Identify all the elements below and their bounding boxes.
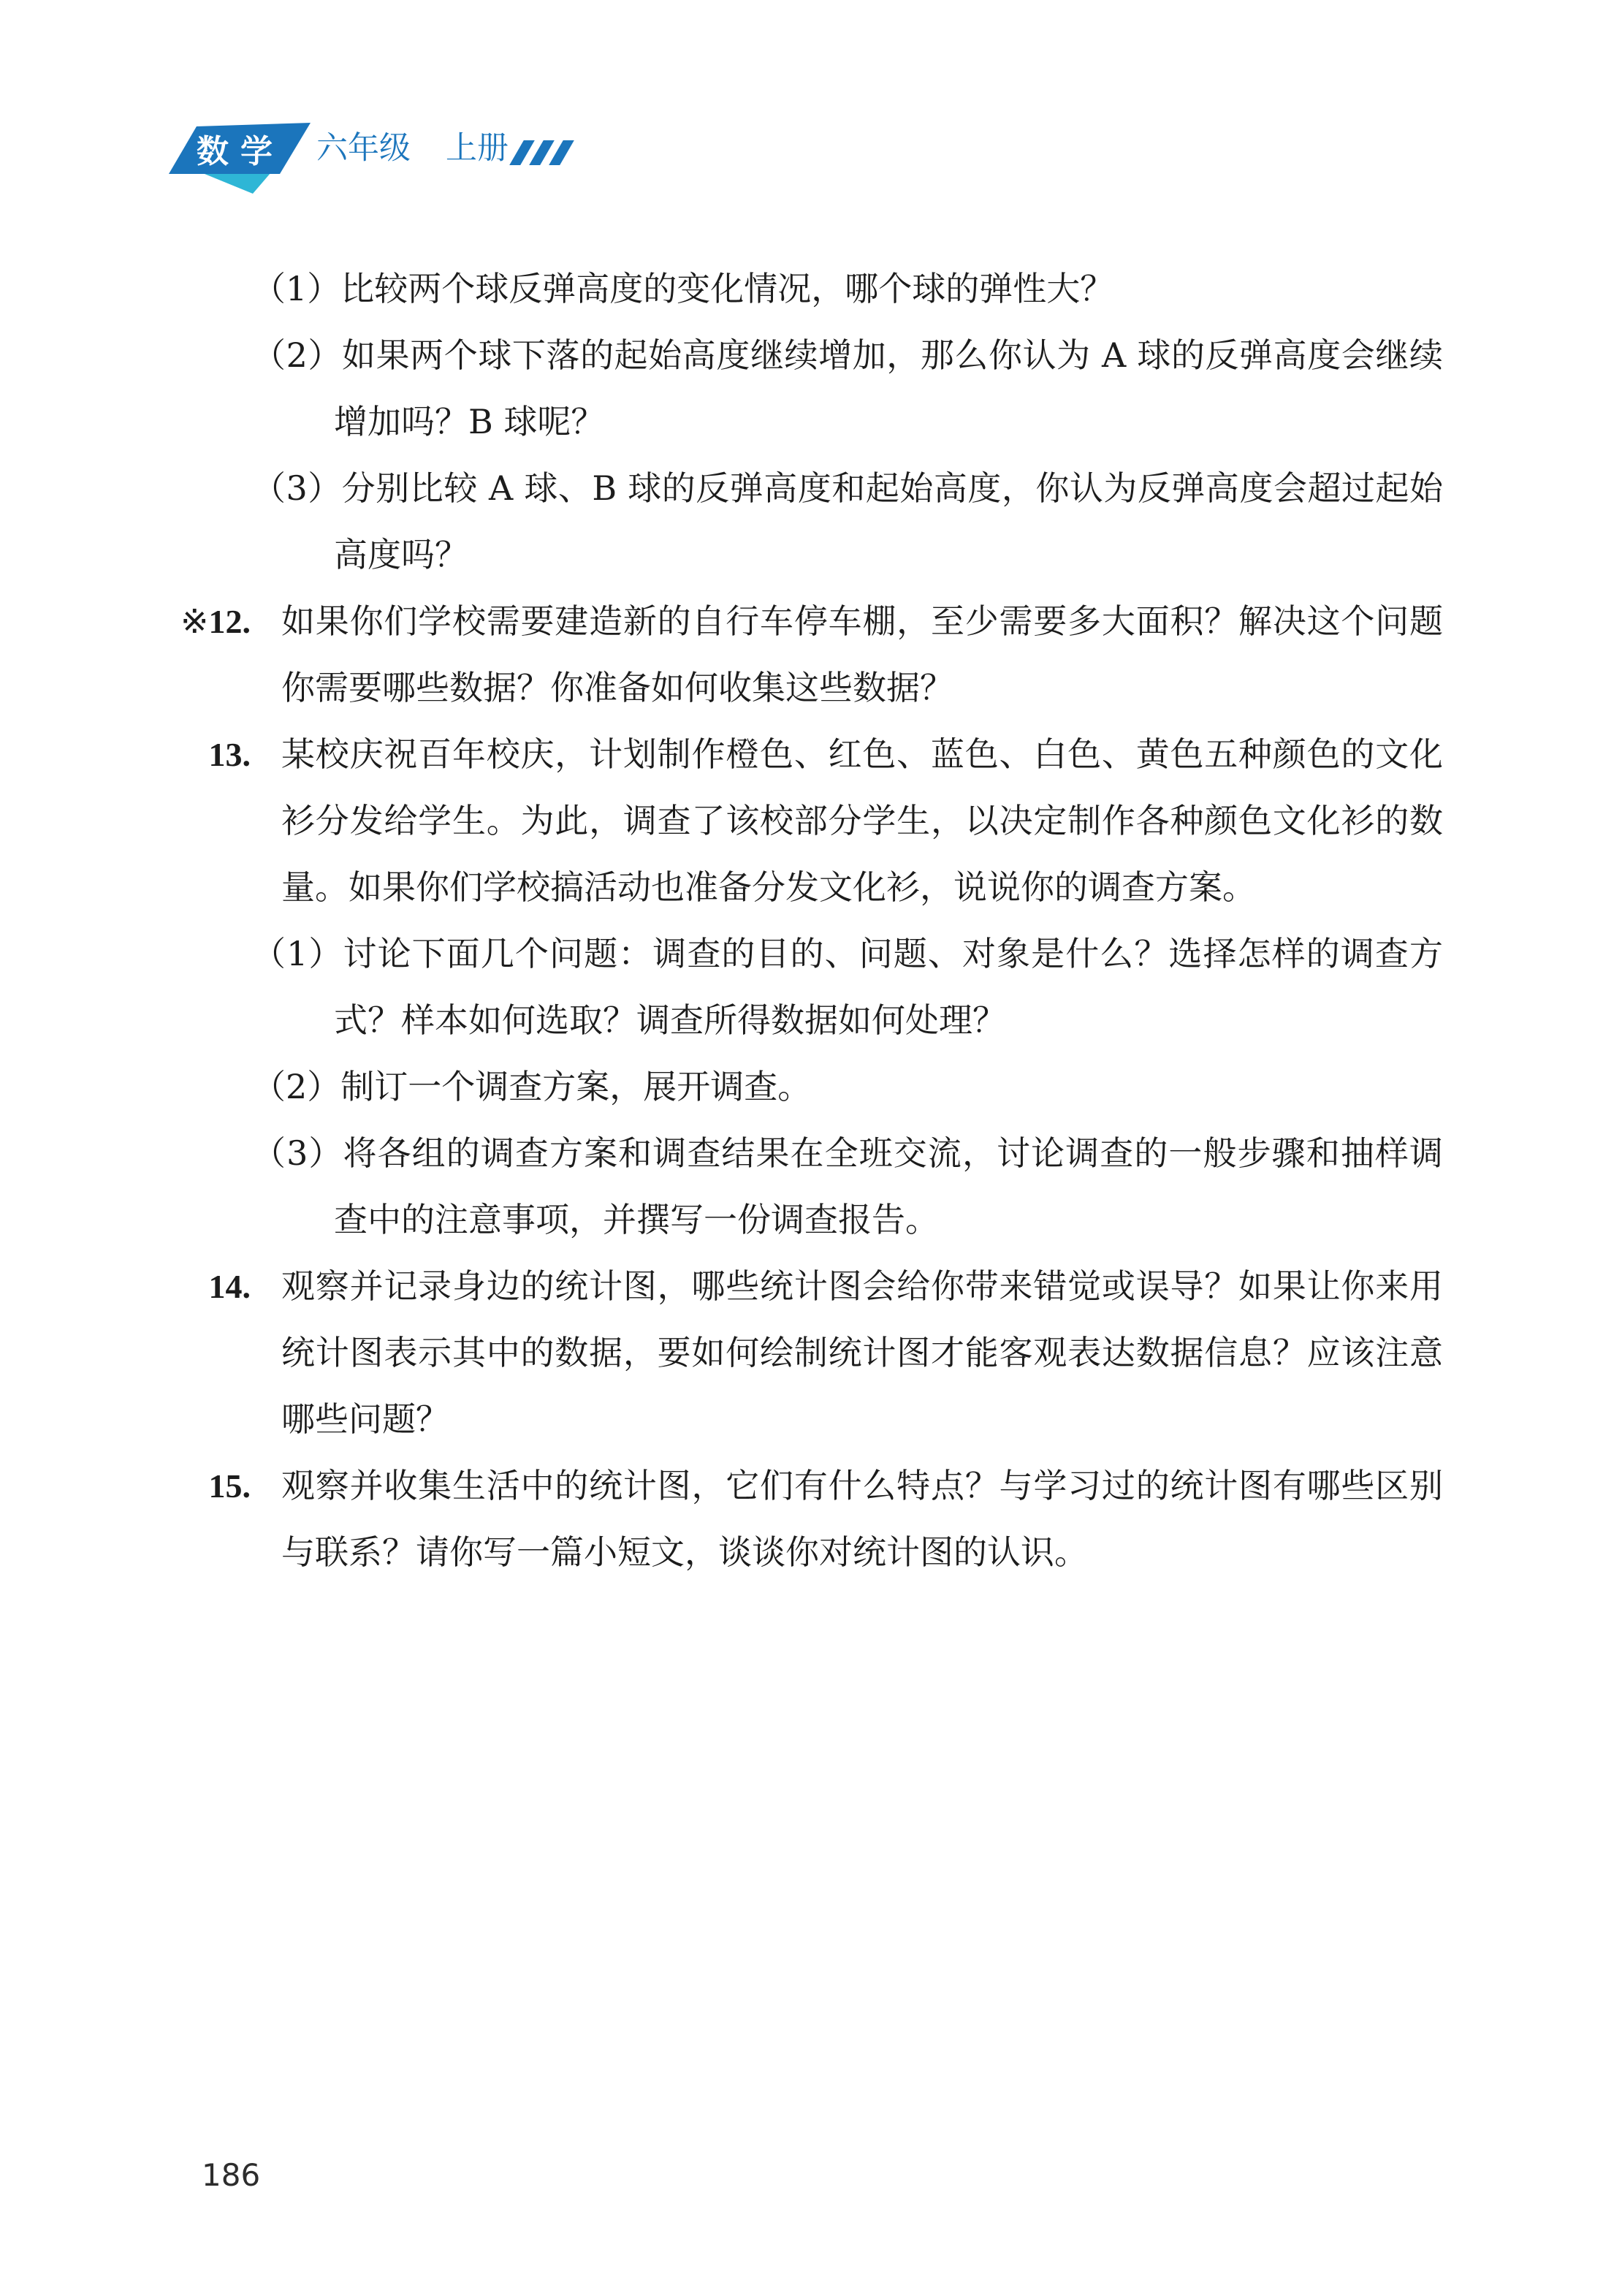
problems: （1）比较两个球反弹高度的变化情况，哪个球的弹性大？（2）如果两个球下落的起始高… [168,256,1443,1586]
problem-body: 观察并收集生活中的统计图，它们有什么特点？与学习过的统计图有哪些区别与联系？请你… [281,1453,1443,1586]
problem-subitem: （3）分别比较 A 球、B 球的反弹高度和起始高度，你认为反弹高度会超过起始高度… [252,455,1443,588]
problem-number-text: 12. [209,603,251,640]
subitem-marker: （1） [252,269,340,308]
problem-number: 15. [168,1453,281,1586]
grade-volume-line: 六年级上册 [316,131,509,166]
problem-item: 15.观察并收集生活中的统计图，它们有什么特点？与学习过的统计图有哪些区别与联系… [168,1453,1443,1586]
problem-text: 观察并收集生活中的统计图，它们有什么特点？与学习过的统计图有哪些区别与联系？请你… [281,1453,1443,1586]
problem-text: 观察并记录身边的统计图，哪些统计图会给你带来错觉或误导？如果让你来用统计图表示其… [281,1253,1443,1453]
problem-body: 观察并记录身边的统计图，哪些统计图会给你带来错觉或误导？如果让你来用统计图表示其… [281,1253,1443,1453]
problem-subitem: （3）将各组的调查方案和调查结果在全班交流，讨论调查的一般步骤和抽样调查中的注意… [252,1120,1443,1253]
textbook-page: 数学 六年级上册 （1）比较两个球反弹高度的变化情况，哪个球的弹性大？（2）如果… [0,0,1622,2296]
problem-number-text: 14. [209,1268,251,1305]
problem-item: ※12.如果你们学校需要建造新的自行车停车棚，至少需要多大面积？解决这个问题你需… [168,588,1443,721]
problem-body: 如果你们学校需要建造新的自行车停车棚，至少需要多大面积？解决这个问题你需要哪些数… [281,588,1443,721]
page-number: 186 [202,2157,260,2193]
problem-number: ※12. [168,588,281,721]
subitem-marker: （1） [252,934,343,973]
problem-text: 如果你们学校需要建造新的自行车停车棚，至少需要多大面积？解决这个问题你需要哪些数… [281,588,1443,721]
subitem-marker: （2） [252,1067,340,1106]
subitem-text: 讨论下面几个问题：调查的目的、问题、对象是什么？选择怎样的调查方式？样本如何选取… [334,934,1443,1040]
volume-label: 上册 [446,130,509,167]
page-header: 数学 六年级上册 [0,0,1622,219]
subitem-marker: （2） [252,335,342,375]
subitem-text: 分别比较 A 球、B 球的反弹高度和起始高度，你认为反弹高度会超过起始高度吗？ [334,468,1443,574]
problem-number: 14. [168,1253,281,1453]
reference-mark: ※ [180,601,209,641]
problem-text: 某校庆祝百年校庆，计划制作橙色、红色、蓝色、白色、黄色五种颜色的文化衫分发给学生… [281,721,1443,921]
problem-subitem: （2）制订一个调查方案，展开调查。 [252,1054,1443,1120]
subject-badge: 数学 [167,120,313,197]
problem-subitem: （1）讨论下面几个问题：调查的目的、问题、对象是什么？选择怎样的调查方式？样本如… [252,921,1443,1054]
problem-body: 某校庆祝百年校庆，计划制作橙色、红色、蓝色、白色、黄色五种颜色的文化衫分发给学生… [281,721,1443,1253]
problem-subitem: （1）比较两个球反弹高度的变化情况，哪个球的弹性大？ [252,256,1443,322]
subitem-marker: （3） [252,1133,343,1173]
problem-number-text: 15. [209,1467,251,1505]
subitem-text: 制订一个调查方案，展开调查。 [340,1067,811,1106]
grade-label: 六年级 [316,130,411,167]
subitem-text: 比较两个球反弹高度的变化情况，哪个球的弹性大？ [340,269,1113,308]
problem-item: 13.某校庆祝百年校庆，计划制作橙色、红色、蓝色、白色、黄色五种颜色的文化衫分发… [168,721,1443,1253]
subject-badge-label: 数学 [193,136,288,168]
subitem-text: 如果两个球下落的起始高度继续增加，那么你认为 A 球的反弹高度会继续增加吗？B … [334,335,1443,441]
problem-item: （1）比较两个球反弹高度的变化情况，哪个球的弹性大？（2）如果两个球下落的起始高… [168,256,1443,588]
triple-slash-icon [509,140,575,167]
problem-number-text: 13. [209,736,251,773]
subitem-marker: （3） [252,468,342,508]
problem-subitem: （2）如果两个球下落的起始高度继续增加，那么你认为 A 球的反弹高度会继续增加吗… [252,322,1443,455]
problem-body: （1）比较两个球反弹高度的变化情况，哪个球的弹性大？（2）如果两个球下落的起始高… [281,256,1443,588]
problem-item: 14.观察并记录身边的统计图，哪些统计图会给你带来错觉或误导？如果让你来用统计图… [168,1253,1443,1453]
subitem-text: 将各组的调查方案和调查结果在全班交流，讨论调查的一般步骤和抽样调查中的注意事项，… [334,1133,1443,1239]
